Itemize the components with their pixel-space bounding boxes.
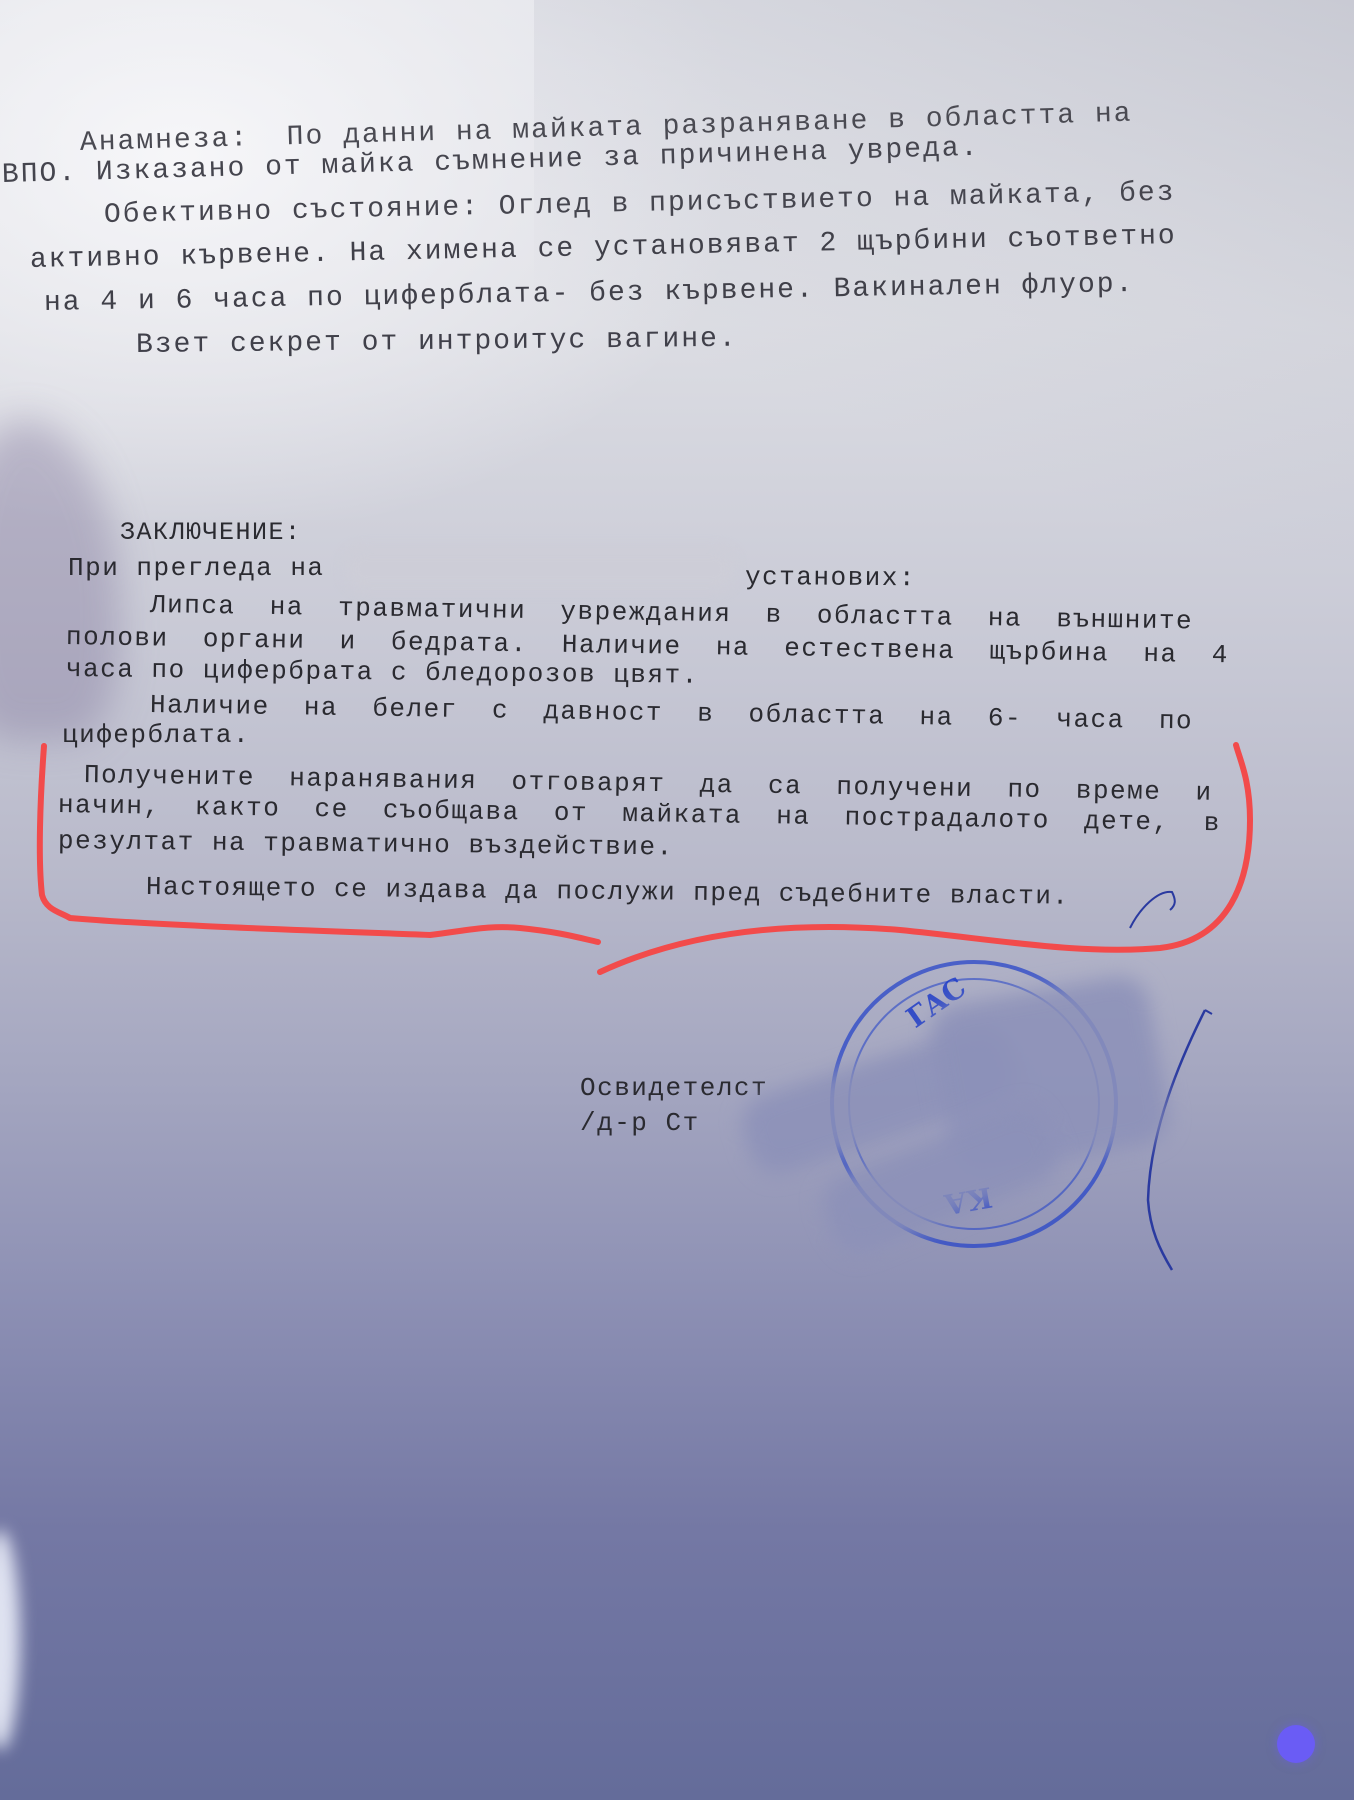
floating-assistive-dot[interactable] xyxy=(1277,1725,1315,1763)
glare xyxy=(0,1530,20,1750)
examiner-name: /д-р Ст xyxy=(580,1108,700,1138)
signature-section: ГАС КА Освидетелст /д-р Ст xyxy=(0,0,1354,1300)
handwritten-signature xyxy=(0,0,1354,1800)
examiner-label: Освидетелст xyxy=(580,1073,768,1103)
